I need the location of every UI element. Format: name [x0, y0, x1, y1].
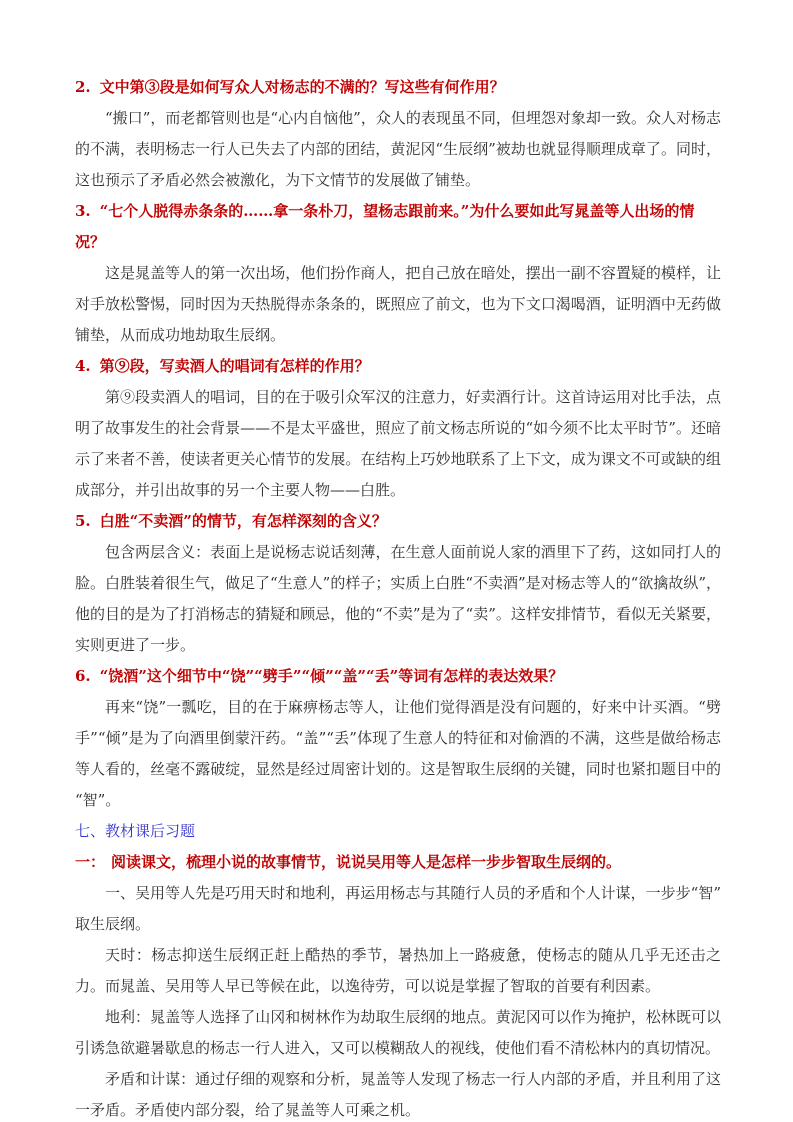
question-6-answer: 再来“饶”一瓢吃，目的在于麻痹杨志等人，让他们觉得酒是没有问题的，好来中计买酒。… — [75, 692, 721, 816]
question-2-heading: 2.文中第③段是如何写众人对杨志的不满的？写这些有何作用？ — [75, 72, 721, 103]
question-5-title: 白胜“不卖酒”的情节，有怎样深刻的含义？ — [100, 512, 387, 530]
section-seven-heading: 七、教材课后习题 — [75, 816, 721, 847]
question-2-number: 2. — [75, 72, 91, 103]
question-5-number: 5. — [75, 506, 91, 537]
question-6-number: 6. — [75, 661, 91, 692]
question-2-answer: “搬口”，而老都管则也是“心内自恼他”，众人的表现虽不同，但埋怨对象却一致。众人… — [75, 103, 721, 196]
question-4-number: 4. — [75, 351, 91, 382]
question-4-answer: 第⑨段卖酒人的唱词，目的在于吸引众军汉的注意力，好卖酒行计。这首诗运用对比手法，… — [75, 382, 721, 506]
question-4-title: 第⑨段，写卖酒人的唱词有怎样的作用？ — [100, 357, 370, 375]
question-6-title: “饶酒”这个细节中“饶”“劈手”“倾”“盖”“丢”等词有怎样的表达效果？ — [100, 667, 564, 685]
exercise-answer-tianshi: 天时：杨志抑送生辰纲正赶上酷热的季节，暑热加上一路疲惫，使杨志的随从几乎无还击之… — [75, 940, 721, 1002]
question-6-heading: 6.“饶酒”这个细节中“饶”“劈手”“倾”“盖”“丢”等词有怎样的表达效果？ — [75, 661, 721, 692]
question-5-heading: 5.白胜“不卖酒”的情节，有怎样深刻的含义？ — [75, 506, 721, 537]
exercise-one-heading: 一：阅读课文，梳理小说的故事情节，说说吴用等人是怎样一步步智取生辰纲的。 — [75, 847, 721, 878]
question-4-heading: 4.第⑨段，写卖酒人的唱词有怎样的作用？ — [75, 351, 721, 382]
question-2-title: 文中第③段是如何写众人对杨志的不满的？写这些有何作用？ — [100, 78, 505, 96]
exercise-answer-dili: 地利：晁盖等人选择了山冈和树林作为劫取生辰纲的地点。黄泥冈可以作为掩护，松林既可… — [75, 1002, 721, 1064]
question-3-heading: 3.“七个人脱得赤条条的……拿一条朴刀，望杨志跟前来。”为什么要如此写晁盖等人出… — [75, 196, 721, 258]
question-3-title: “七个人脱得赤条条的……拿一条朴刀，望杨志跟前来。”为什么要如此写晁盖等人出场的… — [75, 202, 694, 251]
question-5-answer: 包含两层含义：表面上是说杨志说话刻薄，在生意人面前说人家的酒里下了药，这如同打人… — [75, 537, 721, 661]
exercise-answer-maodun: 矛盾和计谋：通过仔细的观察和分析，晁盖等人发现了杨志一行人内部的矛盾，并且利用了… — [75, 1064, 721, 1122]
question-3-answer: 这是晁盖等人的第一次出场，他们扮作商人，把自己放在暗处，摆出一副不容置疑的模样，… — [75, 258, 721, 351]
exercise-answer-overview: 一、吴用等人先是巧用天时和地利，再运用杨志与其随行人员的矛盾和个人计谋，一步步“… — [75, 878, 721, 940]
exercise-one-title: 阅读课文，梳理小说的故事情节，说说吴用等人是怎样一步步智取生辰纲的。 — [111, 853, 621, 871]
question-3-number: 3. — [75, 196, 91, 227]
exercise-one-number: 一： — [75, 847, 105, 878]
document-page: 2.文中第③段是如何写众人对杨志的不满的？写这些有何作用？ “搬口”，而老都管则… — [0, 0, 793, 1122]
